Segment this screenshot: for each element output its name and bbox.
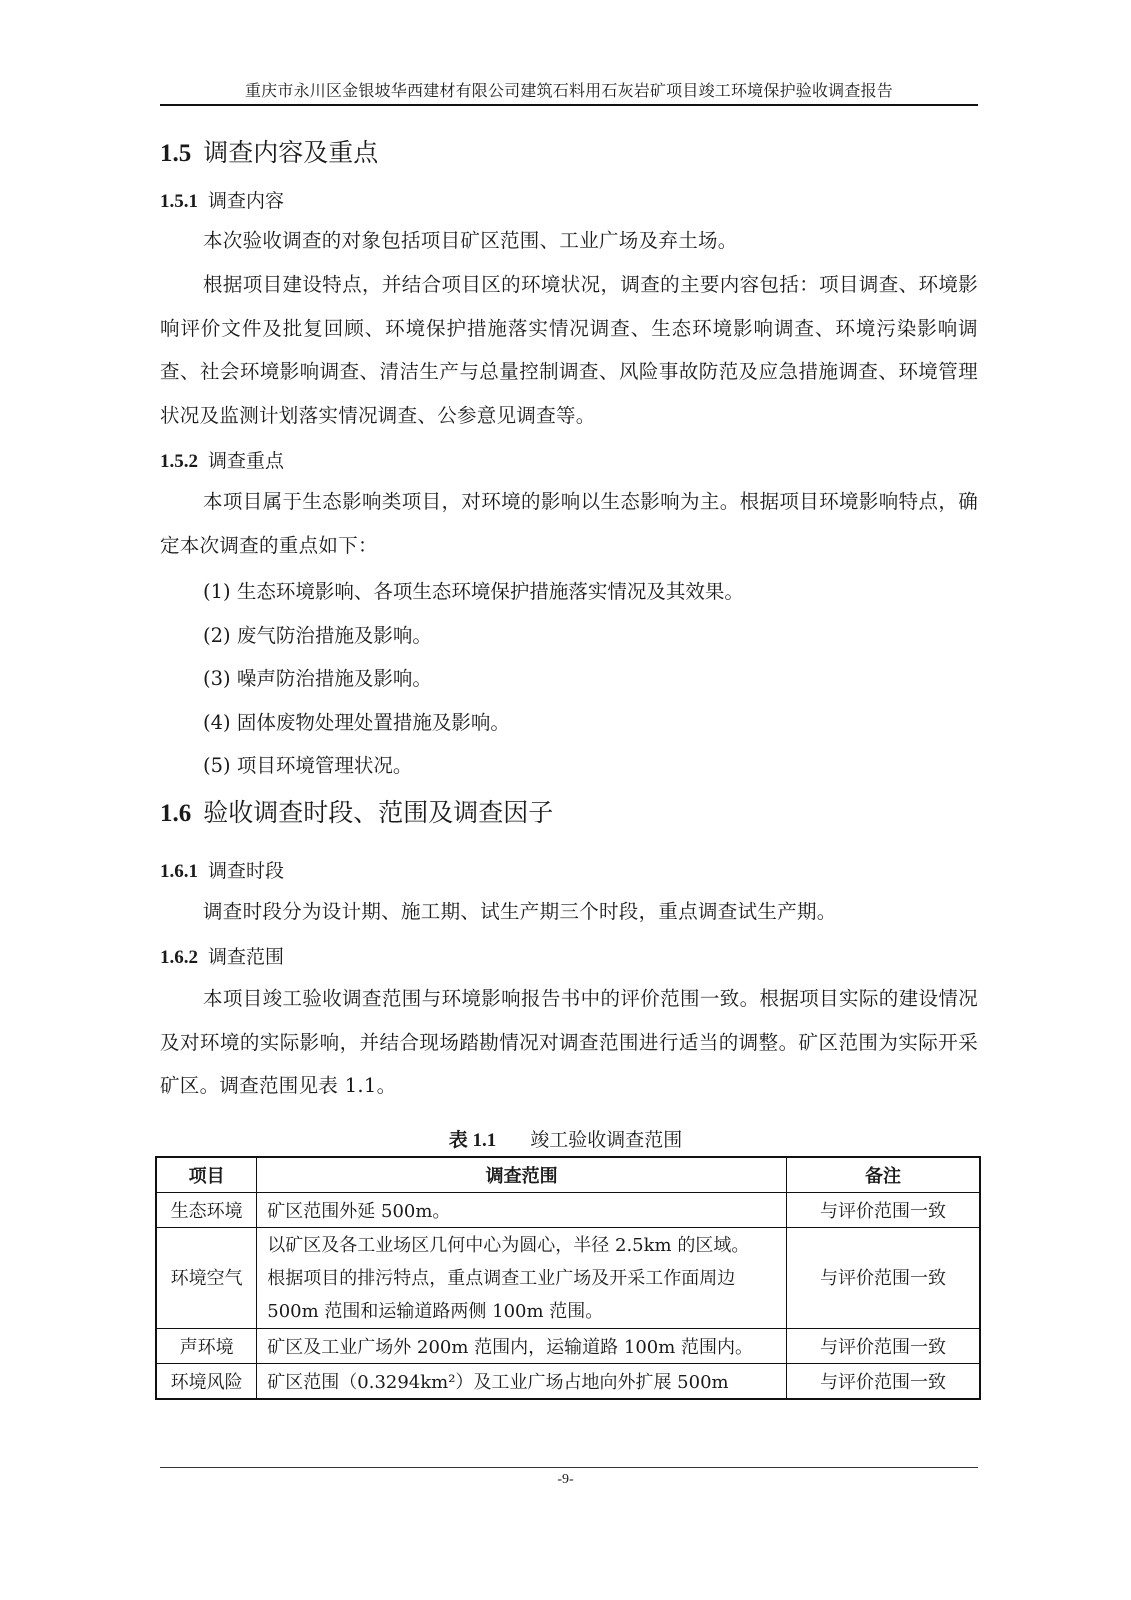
list-item: (3) 噪声防治措施及影响。 xyxy=(203,663,432,691)
footer-divider xyxy=(160,1467,978,1468)
list-item: (4) 固体废物处理处置措施及影响。 xyxy=(203,707,510,735)
cell-item: 环境风险 xyxy=(156,1364,257,1400)
paragraph: 本次验收调查的对象包括项目矿区范围、工业广场及弃土场。 xyxy=(160,219,978,263)
cell-range-line: 根据项目的排污特点，重点调查工业广场及开采工作面周边 xyxy=(267,1262,776,1295)
cell-item: 环境空气 xyxy=(156,1228,257,1329)
cell-range: 以矿区及各工业场区几何中心为圆心，半径 2.5km 的区域。 根据项目的排污特点… xyxy=(257,1228,787,1329)
cell-range-line: 500m 范围和运输道路两侧 100m 范围。 xyxy=(267,1295,776,1328)
heading-title: 调查重点 xyxy=(208,450,284,472)
heading-title: 调查时段 xyxy=(208,860,284,882)
heading-number: 1.6.1 xyxy=(160,861,198,882)
cell-item: 声环境 xyxy=(156,1329,257,1364)
column-header: 调查范围 xyxy=(257,1157,787,1193)
heading-1-6-1: 1.6.1调查时段 xyxy=(160,856,284,883)
table-header-row: 项目 调查范围 备注 xyxy=(156,1157,980,1193)
table-caption: 表 1.1 竣工验收调查范围 xyxy=(0,1125,1131,1152)
list-item: (1) 生态环境影响、各项生态环境保护措施落实情况及其效果。 xyxy=(203,576,744,604)
cell-note: 与评价范围一致 xyxy=(787,1228,981,1329)
paragraph: 调查时段分为设计期、施工期、试生产期三个时段，重点调查试生产期。 xyxy=(160,890,978,934)
table-caption-title: 竣工验收调查范围 xyxy=(530,1129,682,1151)
heading-title: 调查内容 xyxy=(208,190,284,212)
column-header: 项目 xyxy=(156,1157,257,1193)
table-row: 环境空气 以矿区及各工业场区几何中心为圆心，半径 2.5km 的区域。 根据项目… xyxy=(156,1228,980,1329)
heading-1-5-2: 1.5.2调查重点 xyxy=(160,446,284,473)
table-row: 生态环境 矿区范围外延 500m。 与评价范围一致 xyxy=(156,1193,980,1228)
heading-title: 验收调查时段、范围及调查因子 xyxy=(203,798,553,827)
cell-range-line: 以矿区及各工业场区几何中心为圆心，半径 2.5km 的区域。 xyxy=(267,1229,776,1262)
heading-number: 1.5 xyxy=(160,140,191,167)
paragraph: 本项目属于生态影响类项目，对环境的影响以生态影响为主。根据项目环境影响特点，确定… xyxy=(160,480,978,567)
cell-note: 与评价范围一致 xyxy=(787,1329,981,1364)
heading-title: 调查范围 xyxy=(208,946,284,968)
cell-item: 生态环境 xyxy=(156,1193,257,1228)
cell-range: 矿区范围（0.3294km²）及工业广场占地向外扩展 500m xyxy=(257,1364,787,1400)
column-header: 备注 xyxy=(787,1157,981,1193)
table-caption-number: 表 1.1 xyxy=(449,1130,497,1151)
table-row: 声环境 矿区及工业广场外 200m 范围内，运输道路 100m 范围内。 与评价… xyxy=(156,1329,980,1364)
cell-note: 与评价范围一致 xyxy=(787,1364,981,1400)
cell-range: 矿区及工业广场外 200m 范围内，运输道路 100m 范围内。 xyxy=(257,1329,787,1364)
page-number: -9- xyxy=(0,1472,1131,1488)
list-item: (2) 废气防治措施及影响。 xyxy=(203,620,432,648)
header-divider xyxy=(160,104,978,106)
heading-title: 调查内容及重点 xyxy=(203,138,378,167)
list-item: (5) 项目环境管理状况。 xyxy=(203,750,412,778)
heading-number: 1.5.1 xyxy=(160,191,198,212)
heading-1-6: 1.6验收调查时段、范围及调查因子 xyxy=(160,793,553,829)
table-row: 环境风险 矿区范围（0.3294km²）及工业广场占地向外扩展 500m 与评价… xyxy=(156,1364,980,1400)
running-header: 重庆市永川区金银坡华西建材有限公司建筑石料用石灰岩矿项目竣工环境保护验收调查报告 xyxy=(160,78,978,101)
cell-range: 矿区范围外延 500m。 xyxy=(257,1193,787,1228)
cell-note: 与评价范围一致 xyxy=(787,1193,981,1228)
heading-1-5: 1.5调查内容及重点 xyxy=(160,133,378,169)
heading-number: 1.6 xyxy=(160,800,191,827)
survey-range-table: 项目 调查范围 备注 生态环境 矿区范围外延 500m。 与评价范围一致 环境空… xyxy=(155,1156,981,1400)
heading-number: 1.6.2 xyxy=(160,947,198,968)
heading-number: 1.5.2 xyxy=(160,451,198,472)
heading-1-5-1: 1.5.1调查内容 xyxy=(160,186,284,213)
heading-1-6-2: 1.6.2调查范围 xyxy=(160,942,284,969)
paragraph: 根据项目建设特点，并结合项目区的环境状况，调查的主要内容包括：项目调查、环境影响… xyxy=(160,263,978,437)
paragraph: 本项目竣工验收调查范围与环境影响报告书中的评价范围一致。根据项目实际的建设情况及… xyxy=(160,977,978,1108)
